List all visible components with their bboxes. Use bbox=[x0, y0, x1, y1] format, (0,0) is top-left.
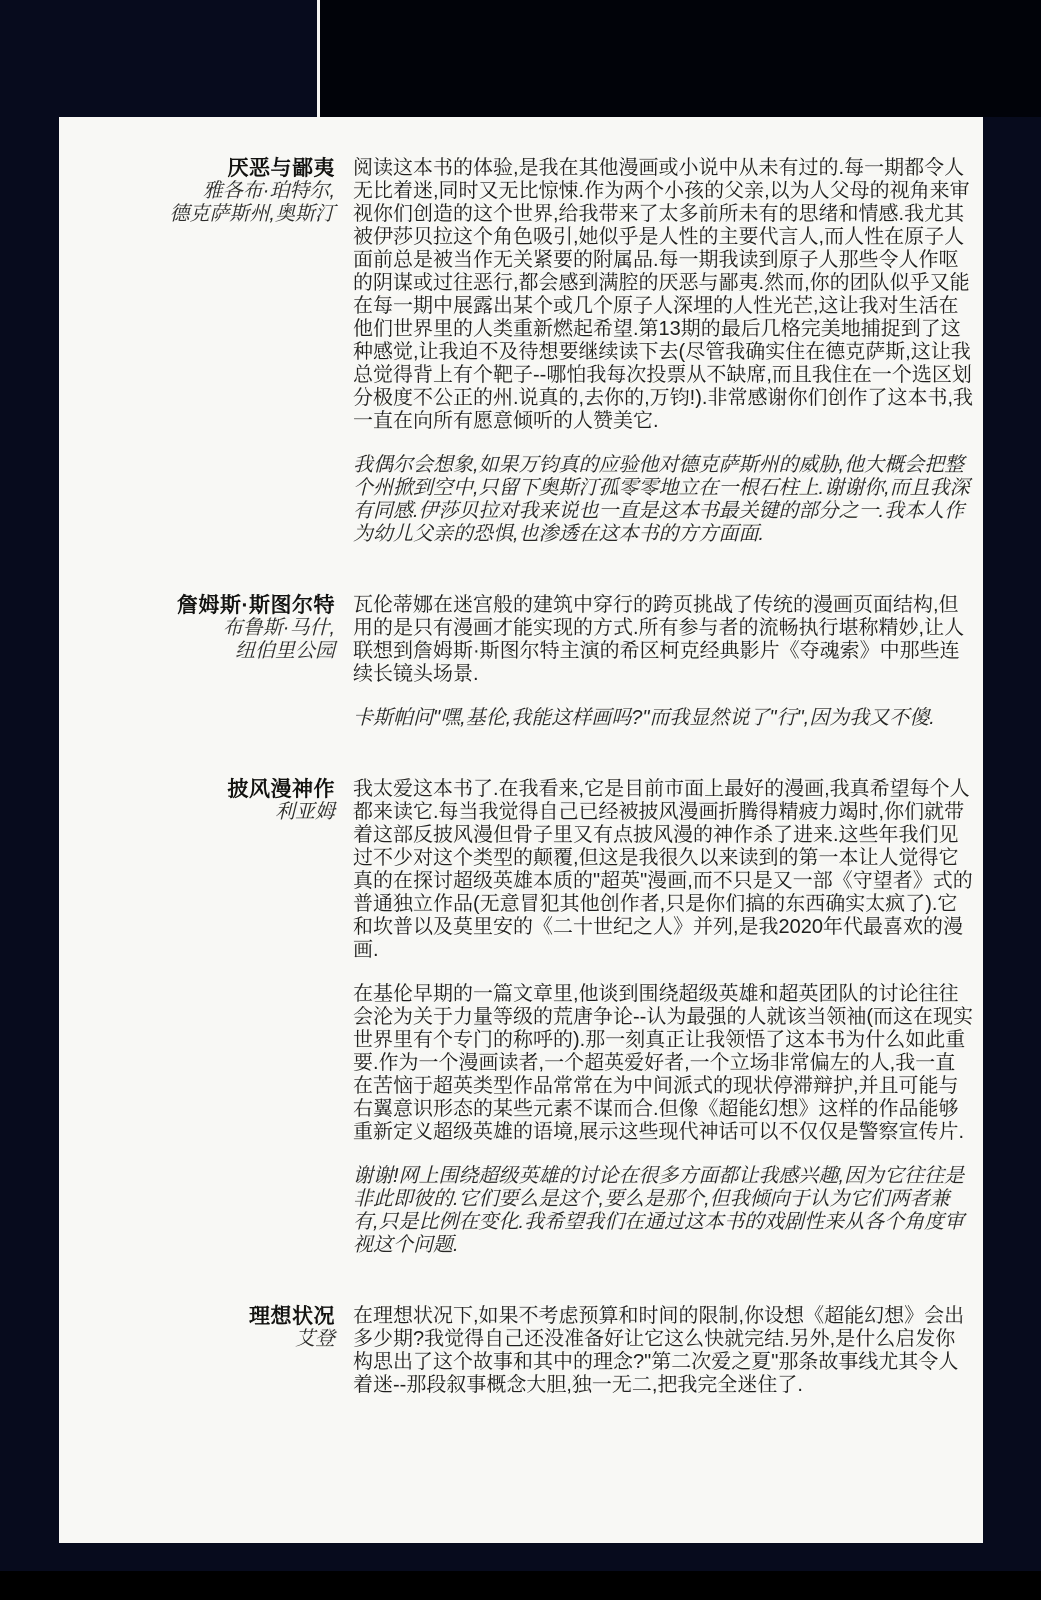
header-divider-line bbox=[317, 0, 320, 117]
letter-section: 披风漫神作 利亚姆 我太爱这本书了.在我看来,它是目前市面上最好的漫画,我真希望… bbox=[145, 778, 975, 1278]
footer-black-band bbox=[0, 1571, 1041, 1600]
header-dark-panel bbox=[320, 0, 1041, 117]
letter-head: 披风漫神作 利亚姆 bbox=[145, 778, 335, 1278]
editor-reply-paragraph: 我偶尔会想象,如果万钧真的应验他对德克萨斯州的威胁,他大概会把整个州掀到空中,只… bbox=[353, 454, 975, 546]
letter-author-line: 艾登 bbox=[145, 1328, 335, 1351]
letter-author-line: 布鲁斯·马什, bbox=[145, 617, 335, 640]
letter-title: 披风漫神作 bbox=[145, 778, 335, 801]
letter-body: 我太爱这本书了.在我看来,它是目前市面上最好的漫画,我真希望每个人都来读它.每当… bbox=[353, 778, 975, 1278]
letter-head: 詹姆斯·斯图尔特 布鲁斯·马什,纽伯里公园 bbox=[145, 594, 335, 751]
letter-author-line: 雅各布·珀特尔, bbox=[145, 180, 335, 203]
letter-body-paragraph: 阅读这本书的体验,是我在其他漫画或小说中从未有过的.每一期都令人无比着迷,同时又… bbox=[353, 157, 975, 433]
letter-author-line: 德克萨斯州,奥斯汀 bbox=[145, 203, 335, 226]
letter-title: 詹姆斯·斯图尔特 bbox=[145, 594, 335, 617]
letter-section: 詹姆斯·斯图尔特 布鲁斯·马什,纽伯里公园 瓦伦蒂娜在迷宫般的建筑中穿行的跨页挑… bbox=[145, 594, 975, 751]
letter-body-paragraph: 在理想状况下,如果不考虑预算和时间的限制,你设想《超能幻想》会出多少期?我觉得自… bbox=[353, 1305, 975, 1397]
letter-body-paragraph: 我太爱这本书了.在我看来,它是目前市面上最好的漫画,我真希望每个人都来读它.每当… bbox=[353, 778, 975, 962]
letter-body: 瓦伦蒂娜在迷宫般的建筑中穿行的跨页挑战了传统的漫画页面结构,但用的是只有漫画才能… bbox=[353, 594, 975, 751]
letters-page: 厌恶与鄙夷 雅各布·珀特尔,德克萨斯州,奥斯汀 阅读这本书的体验,是我在其他漫画… bbox=[59, 117, 983, 1543]
editor-reply-paragraph: 卡斯帕问"嘿,基伦,我能这样画吗?"而我显然说了"行",因为我又不傻. bbox=[353, 707, 975, 730]
letter-head: 理想状况 艾登 bbox=[145, 1305, 335, 1418]
letter-author-line: 利亚姆 bbox=[145, 801, 335, 824]
letters-container: 厌恶与鄙夷 雅各布·珀特尔,德克萨斯州,奥斯汀 阅读这本书的体验,是我在其他漫画… bbox=[145, 157, 975, 1418]
letter-author-line: 纽伯里公园 bbox=[145, 640, 335, 663]
letter-title: 理想状况 bbox=[145, 1305, 335, 1328]
letter-head: 厌恶与鄙夷 雅各布·珀特尔,德克萨斯州,奥斯汀 bbox=[145, 157, 335, 567]
letter-section: 理想状况 艾登 在理想状况下,如果不考虑预算和时间的限制,你设想《超能幻想》会出… bbox=[145, 1305, 975, 1418]
letter-body: 在理想状况下,如果不考虑预算和时间的限制,你设想《超能幻想》会出多少期?我觉得自… bbox=[353, 1305, 975, 1418]
letter-title: 厌恶与鄙夷 bbox=[145, 157, 335, 180]
letter-section: 厌恶与鄙夷 雅各布·珀特尔,德克萨斯州,奥斯汀 阅读这本书的体验,是我在其他漫画… bbox=[145, 157, 975, 567]
letter-body-paragraph: 瓦伦蒂娜在迷宫般的建筑中穿行的跨页挑战了传统的漫画页面结构,但用的是只有漫画才能… bbox=[353, 594, 975, 686]
letter-body-paragraph: 在基伦早期的一篇文章里,他谈到围绕超级英雄和超英团队的讨论往往会沦为关于力量等级… bbox=[353, 983, 975, 1144]
letter-body: 阅读这本书的体验,是我在其他漫画或小说中从未有过的.每一期都令人无比着迷,同时又… bbox=[353, 157, 975, 567]
editor-reply-paragraph: 谢谢!网上围绕超级英雄的讨论在很多方面都让我感兴趣,因为它往往是非此即彼的.它们… bbox=[353, 1165, 975, 1257]
